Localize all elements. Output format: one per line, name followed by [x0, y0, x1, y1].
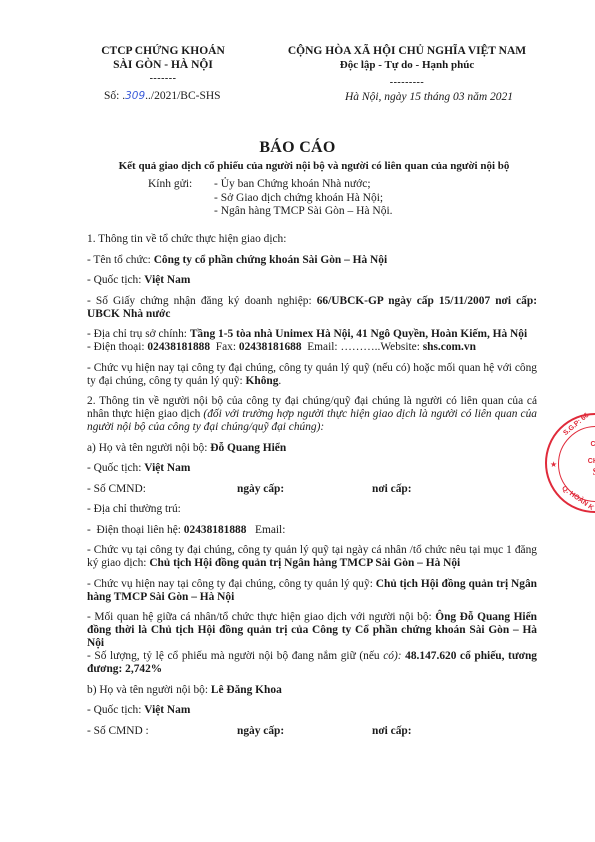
- person-a-relationship: - Mối quan hệ giữa cá nhân/tổ chức thực …: [87, 611, 537, 650]
- national-divider: ---------: [262, 76, 552, 90]
- national-title: CỘNG HÒA XÃ HỘI CHỦ NGHĨA VIỆT NAM: [262, 44, 552, 58]
- person-a-holding: - Số lượng, tỷ lệ cổ phiếu mà người nội …: [87, 650, 537, 676]
- section2-heading: 2. Thông tin về người nội bộ của công ty…: [87, 395, 537, 434]
- national-motto: Độc lập - Tự do - Hạnh phúc: [262, 58, 552, 72]
- org-license-row: - Số Giấy chứng nhận đăng ký doanh nghiệ…: [87, 295, 537, 321]
- person-a-position-at-registration: - Chức vụ tại công ty đại chúng, công ty…: [87, 544, 537, 570]
- place-date: Hà Nội, ngày 15 tháng 03 năm 2021: [345, 91, 513, 103]
- addressee-item: - Ngân hàng TMCP Sài Gòn – Hà Nội.: [214, 205, 393, 219]
- person-a-id-row: - Số CMND: ngày cấp: nơi cấp:: [87, 483, 537, 496]
- org-address-row: - Địa chỉ trụ sở chính: Tầng 1-5 tòa nhà…: [87, 328, 537, 341]
- document-number: Số: .309../2021/BC-SHS: [104, 90, 221, 102]
- person-a-contact-row: - Điện thoại liên hệ: 02438181888 Email:: [87, 524, 537, 537]
- org-name-row: - Tên tổ chức: Công ty cổ phần chứng kho…: [87, 254, 537, 267]
- addressee-item: - Ủy ban Chứng khoán Nhà nước;: [214, 178, 393, 192]
- issuer-name-line1: CTCP CHỨNG KHOÁN: [88, 44, 238, 58]
- report-body: 1. Thông tin về tổ chức thực hiện giao d…: [87, 233, 537, 738]
- handwritten-number: 309: [125, 90, 145, 102]
- issuer-divider: -------: [88, 72, 238, 86]
- issuer-header: CTCP CHỨNG KHOÁN SÀI GÒN - HÀ NỘI ------…: [88, 44, 238, 86]
- stamp-star-icon: ★: [550, 460, 557, 469]
- section1-heading: 1. Thông tin về tổ chức thực hiện giao d…: [87, 233, 537, 246]
- person-b-nationality-row: - Quốc tịch: Việt Nam: [87, 704, 537, 717]
- document-subtitle: Kết quả giao dịch cổ phiếu của người nội…: [84, 160, 544, 172]
- company-seal-stamp: S.G.P: 66 ★ CÔNG CỔ CHỨNG SÀI H Q. HOÀN …: [545, 413, 595, 513]
- person-a-current-position: - Chức vụ hiện nay tại công ty đại chúng…: [87, 578, 537, 604]
- issuer-name-line2: SÀI GÒN - HÀ NỘI: [88, 58, 238, 72]
- document-title: BÁO CÁO: [0, 139, 595, 157]
- stamp-center-text: CÔNG CỔ CHỨNG SÀI H: [571, 441, 595, 489]
- national-header: CỘNG HÒA XÃ HỘI CHỦ NGHĨA VIỆT NAM Độc l…: [262, 44, 552, 90]
- person-a-nationality-row: - Quốc tịch: Việt Nam: [87, 462, 537, 475]
- addressee-item: - Sở Giao dịch chứng khoán Hà Nội;: [214, 192, 393, 206]
- person-a-residence-row: - Địa chỉ thường trú:: [87, 503, 537, 516]
- person-b-name-row: b) Họ và tên người nội bộ: Lê Đăng Khoa: [87, 684, 537, 697]
- addressees-label: Kính gửi:: [148, 178, 208, 192]
- org-position-row: - Chức vụ hiện nay tại công ty đại chúng…: [87, 362, 537, 388]
- org-nationality-row: - Quốc tịch: Việt Nam: [87, 274, 537, 287]
- person-a-name-row: a) Họ và tên người nội bộ: Đỗ Quang Hiển: [87, 442, 537, 455]
- org-contact-row: - Điện thoại: 02438181888 Fax: 024381816…: [87, 341, 537, 354]
- person-b-id-row: - Số CMND : ngày cấp: nơi cấp:: [87, 725, 537, 738]
